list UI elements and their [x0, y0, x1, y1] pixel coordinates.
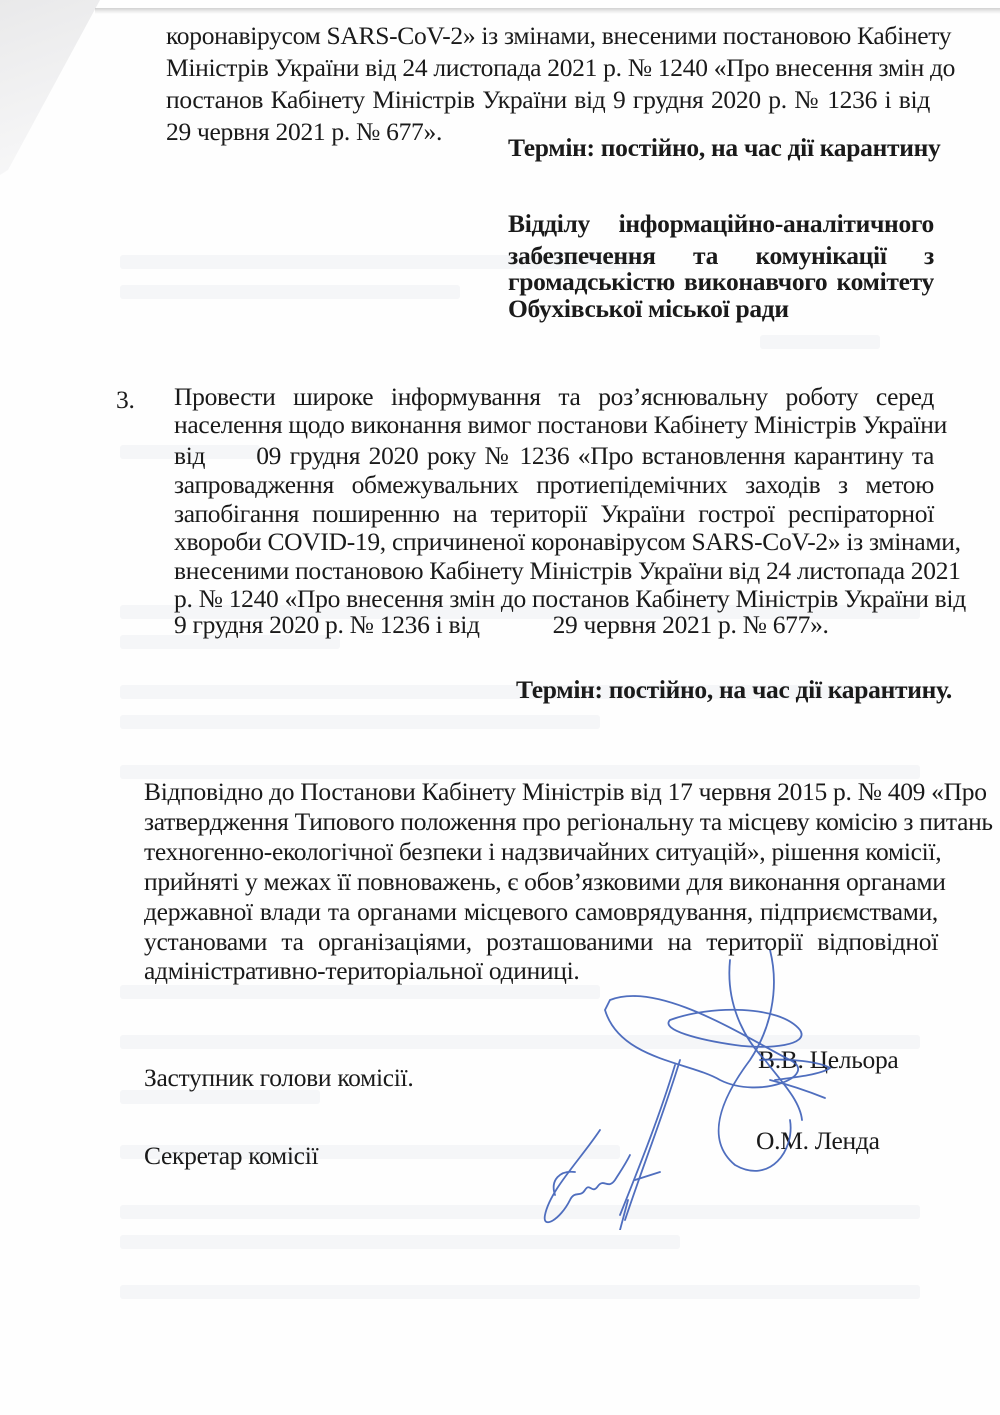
- text-line: Обухівської міської ради: [508, 293, 789, 325]
- text-line: адміністративно-територіальної одиниці.: [144, 955, 579, 987]
- signatory-role: Секретар комісії: [144, 1140, 318, 1172]
- scan-edge-shadow: [95, 8, 1000, 14]
- text-line: хвороби COVID-19, спричиненої коронавіру…: [174, 526, 934, 558]
- text-line: від 09 грудня 2020 року № 1236 «Про вста…: [174, 440, 934, 472]
- text-line: 29 червня 2021 р. № 677».: [166, 116, 442, 148]
- item-number: 3.: [116, 384, 135, 416]
- text-line: Відповідно до Постанови Кабінету Міністр…: [144, 776, 938, 808]
- text-line: Відділу інформаційно-аналітичного: [508, 208, 934, 240]
- handwritten-signature-icon: [520, 950, 900, 1230]
- text-line: населення щодо виконання вимог постанови…: [174, 409, 934, 441]
- text-line: запровадження обмежувальних протиепідемі…: [174, 469, 934, 501]
- text-line: Міністрів України від 24 листопада 2021 …: [166, 52, 930, 84]
- text-line: 9 грудня 2020 р. № 1236 і від 29 червня …: [174, 609, 829, 641]
- text-line: постанов Кабінету Міністрів України від …: [166, 84, 930, 116]
- signatory-role: Заступник голови комісії.: [144, 1062, 413, 1094]
- deadline-term-1: Термін: постійно, на час дії карантину: [508, 132, 940, 164]
- deadline-term-2: Термін: постійно, на час дії карантину.: [516, 674, 952, 706]
- text-line: техногенно-екологічної безпеки і надзвич…: [144, 836, 938, 868]
- page-corner-fold: [0, 0, 100, 180]
- text-line: коронавірусом SARS-CoV-2» із змінами, вн…: [166, 20, 930, 52]
- text-line: прийняті у межах її повноважень, є обов’…: [144, 866, 938, 898]
- text-line: державної влади та органами місцевого са…: [144, 896, 938, 928]
- text-line: затвердження Типового положення про регі…: [144, 806, 938, 838]
